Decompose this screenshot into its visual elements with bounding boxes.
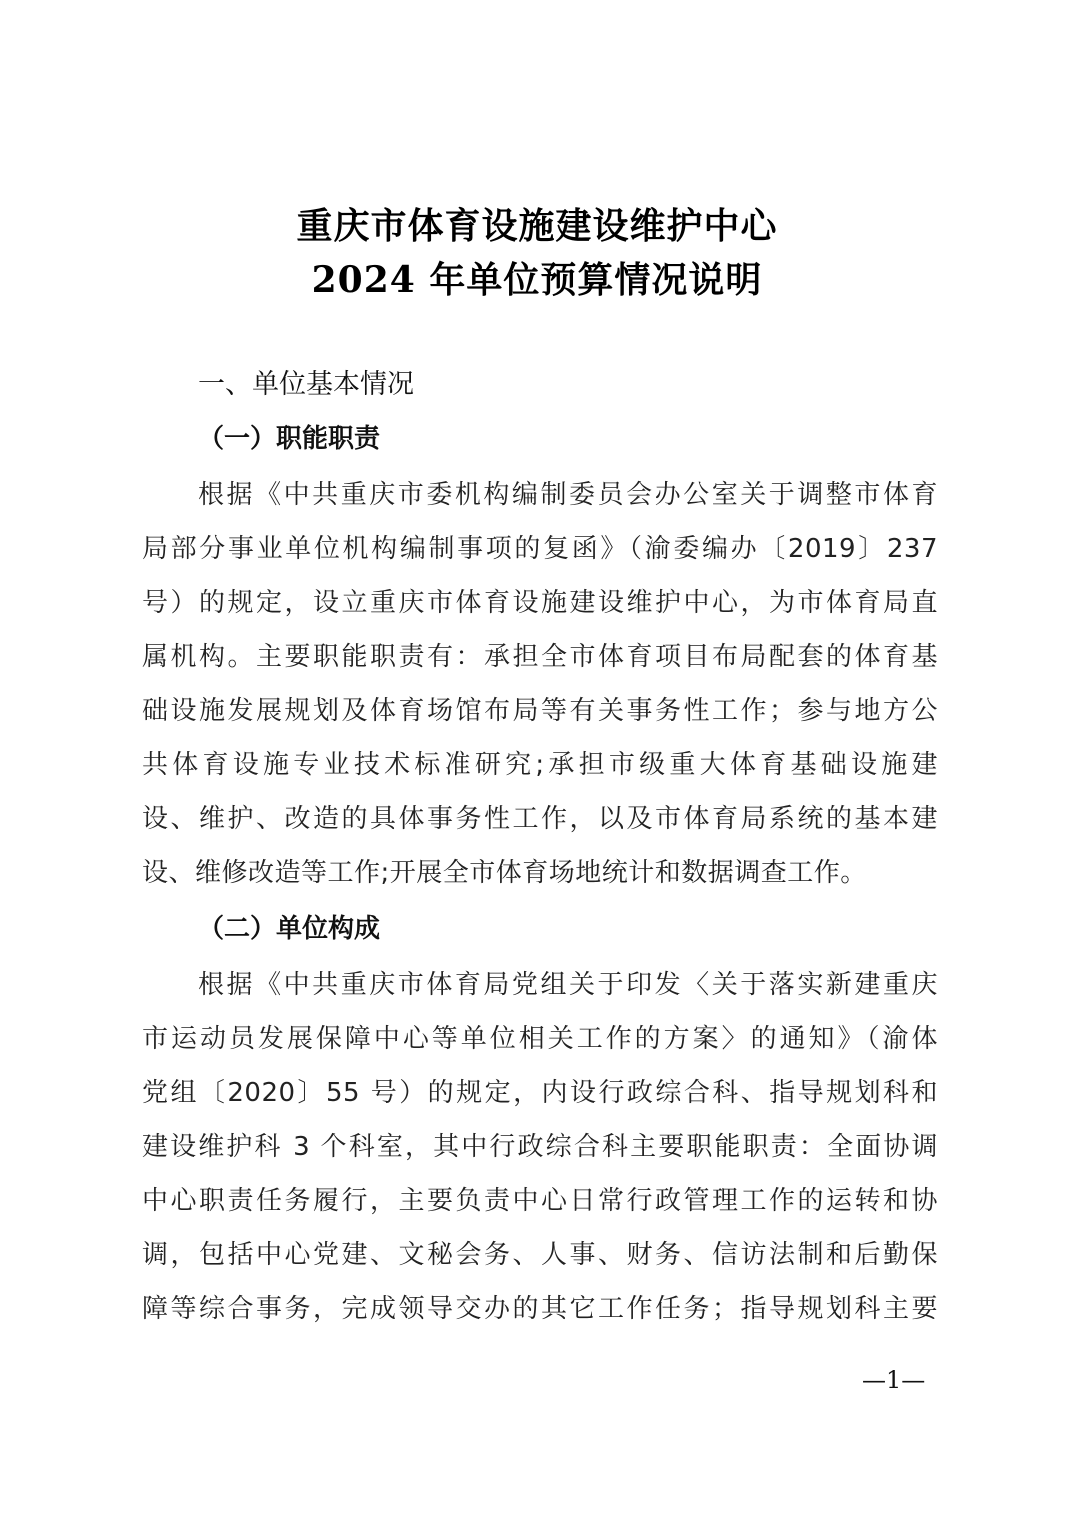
section-heading-basic-info: 一、单位基本情况 [198, 362, 414, 401]
paragraph-line: 市运动员发展保障中心等单位相关工作的方案〉的通知》（渝体 [142, 1018, 938, 1058]
subsection-heading-functions: （一）职能职责 [198, 418, 380, 455]
paragraph-line: 设、维修改造等工作;开展全市体育场地统计和数据调查工作。 [142, 852, 938, 892]
document-page: 重庆市体育设施建设维护中心 2024 年单位预算情况说明 一、单位基本情况 （一… [0, 0, 1074, 1520]
document-title-line2: 2024 年单位预算情况说明 [0, 252, 1074, 303]
paragraph-line: 建设维护科 3 个科室，其中行政综合科主要职能职责：全面协调 [142, 1126, 938, 1166]
paragraph-line: 党组〔2020〕55 号）的规定，内设行政综合科、指导规划科和 [142, 1072, 938, 1112]
paragraph-line: 局部分事业单位机构编制事项的复函》（渝委编办〔2019〕237 [142, 528, 938, 568]
subsection-heading-structure: （二）单位构成 [198, 908, 380, 945]
paragraph-line: 根据《中共重庆市委机构编制委员会办公室关于调整市体育 [198, 474, 938, 514]
paragraph-line: 根据《中共重庆市体育局党组关于印发〈关于落实新建重庆 [198, 964, 938, 1004]
paragraph-line: 属机构。主要职能职责有：承担全市体育项目布局配套的体育基 [142, 636, 938, 676]
paragraph-line: 础设施发展规划及体育场馆布局等有关事务性工作；参与地方公 [142, 690, 938, 730]
paragraph-line: 共体育设施专业技术标准研究;承担市级重大体育基础设施建 [142, 744, 938, 784]
paragraph-line: 中心职责任务履行，主要负责中心日常行政管理工作的运转和协 [142, 1180, 938, 1220]
document-title-line1: 重庆市体育设施建设维护中心 [0, 198, 1074, 249]
paragraph-line: 调，包括中心党建、文秘会务、人事、财务、信访法制和后勤保 [142, 1234, 938, 1274]
paragraph-line: 号）的规定，设立重庆市体育设施建设维护中心，为市体育局直 [142, 582, 938, 622]
paragraph-line: 设、维护、改造的具体事务性工作，以及市体育局系统的基本建 [142, 798, 938, 838]
paragraph-line: 障等综合事务，完成领导交办的其它工作任务；指导规划科主要 [142, 1288, 938, 1328]
page-number: —1— [862, 1366, 925, 1394]
